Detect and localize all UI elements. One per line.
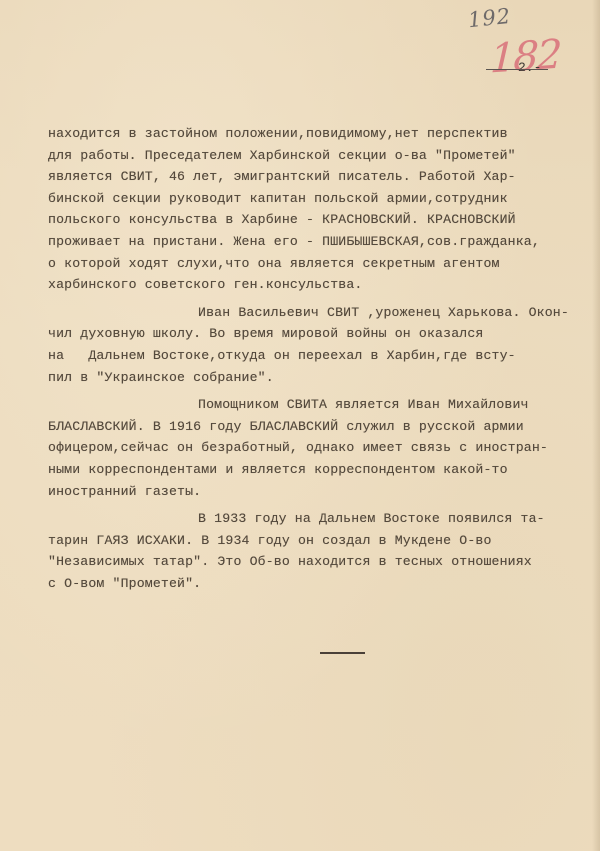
text-line: офицером,сейчас он безработный, однако и…	[48, 437, 588, 459]
text-line: иностранний газеты.	[48, 481, 588, 503]
text-line: является СВИТ, 46 лет, эмигрантский писа…	[48, 166, 588, 188]
folio-number-old: 2.-	[518, 60, 541, 75]
text-line: тарин ГАЯЗ ИСХАКИ. В 1934 году он создал…	[48, 530, 588, 552]
text-line: "Независимых татар". Это Об-во находится…	[48, 551, 588, 573]
folio-number-pencil: 192	[467, 4, 512, 32]
end-divider-line	[320, 652, 365, 654]
text-line: находится в застойном положении,повидимо…	[48, 123, 588, 145]
text-line: ными корреспондентами и является корресп…	[48, 459, 588, 481]
text-line: для работы. Преседателем Харбинской секц…	[48, 145, 588, 167]
text-line: о которой ходят слухи,что она является с…	[48, 253, 588, 275]
text-line: чил духовную школу. Во время мировой вой…	[48, 323, 588, 345]
text-line: БЛАСЛАВСКИЙ. В 1916 году БЛАСЛАВСКИЙ слу…	[48, 416, 588, 438]
text-line: бинской секции руководит капитан польско…	[48, 188, 588, 210]
text-line: проживает на пристани. Жена его - ПШИБЫШ…	[48, 231, 588, 253]
text-line: польского консульства в Харбине - КРАСНО…	[48, 209, 588, 231]
folio-strikethrough	[486, 69, 548, 70]
text-line: Помощником СВИТА является Иван Михайлови…	[48, 394, 588, 416]
text-line: Иван Васильевич СВИТ ,уроженец Харькова.…	[48, 302, 588, 324]
page-edge-shadow	[592, 0, 600, 851]
typewritten-text: находится в застойном положении,повидимо…	[48, 123, 588, 594]
text-line: на Дальнем Востоке,откуда он переехал в …	[48, 345, 588, 367]
text-line: пил в "Украинское собрание".	[48, 367, 588, 389]
text-line: харбинского советского ген.консульства.	[48, 274, 588, 296]
text-line: с О-вом "Прометей".	[48, 573, 588, 595]
text-line: В 1933 году на Дальнем Востоке появился …	[48, 508, 588, 530]
